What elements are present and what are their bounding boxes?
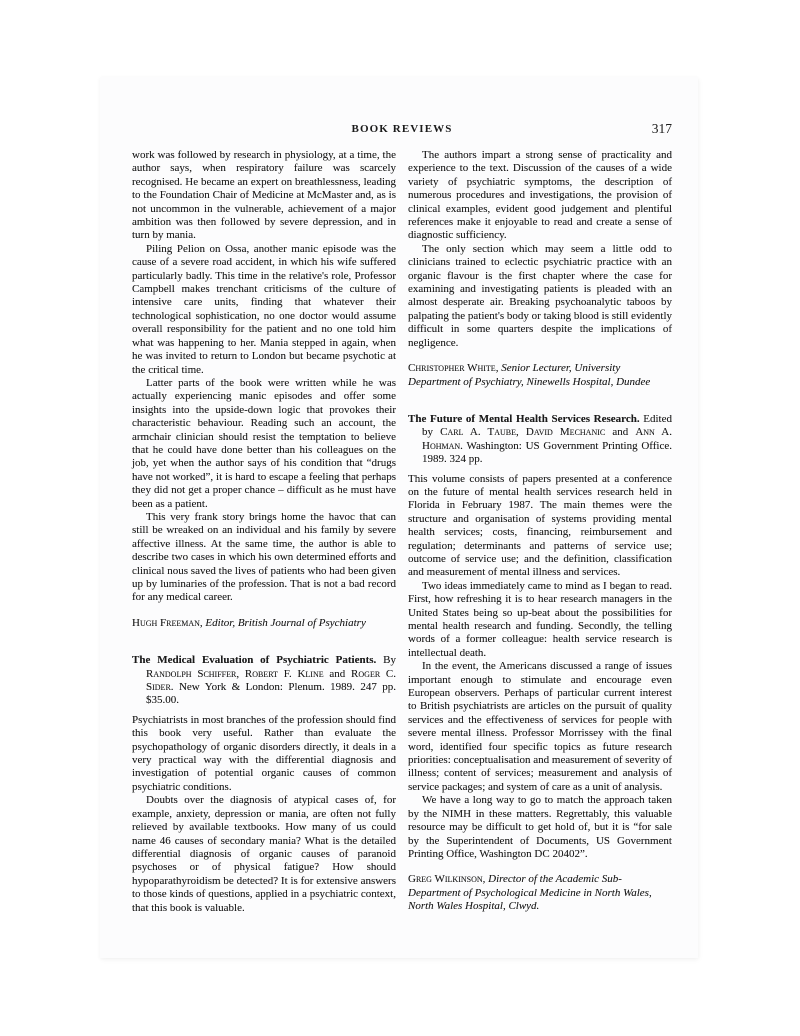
byline: By (376, 654, 396, 666)
publication-details: . Washington: US Government Printing Off… (422, 440, 672, 465)
paragraph: This volume consists of papers presented… (408, 473, 672, 580)
scan-background: BOOK REVIEWS 317 work was followed by re… (0, 0, 800, 1036)
paragraph: Doubts over the diagnosis of atypical ca… (132, 794, 396, 915)
journal-page: BOOK REVIEWS 317 work was followed by re… (100, 77, 698, 958)
reviewer-role: , Editor, British Journal of Psychiatry (200, 617, 366, 629)
paragraph: We have a long way to go to match the ap… (408, 794, 672, 861)
separator: and (324, 668, 351, 680)
paragraph: This very frank story brings home the ha… (132, 511, 396, 605)
column-left: work was followed by research in physiol… (132, 149, 396, 915)
reviewer-name: Greg Wilkinson (408, 873, 483, 885)
paragraph: The only section which may seem a little… (408, 243, 672, 350)
reviewer-name: Hugh Freeman (132, 617, 200, 629)
paragraph: Psychiatrists in most branches of the pr… (132, 714, 396, 794)
column-right: The authors impart a strong sense of pra… (408, 149, 672, 915)
author-name: Robert F. Kline (245, 668, 324, 680)
signature: Hugh Freeman, Editor, British Journal of… (132, 617, 396, 630)
text-columns: work was followed by research in physiol… (132, 149, 672, 915)
separator: and (605, 426, 635, 438)
book-heading: The Medical Evaluation of Psychiatric Pa… (132, 654, 396, 708)
author-name: David Mechanic (526, 426, 605, 438)
signature: Greg Wilkinson, Director of the Academic… (408, 873, 672, 913)
running-head: BOOK REVIEWS 317 (132, 123, 672, 140)
paragraph: work was followed by research in physiol… (132, 149, 396, 243)
paragraph: In the event, the Americans discussed a … (408, 660, 672, 794)
page-content: BOOK REVIEWS 317 work was followed by re… (132, 123, 672, 915)
paragraph: Latter parts of the book were written wh… (132, 377, 396, 511)
separator: , (516, 426, 526, 438)
paragraph: The authors impart a strong sense of pra… (408, 149, 672, 243)
book-title: The Medical Evaluation of Psychiatric Pa… (132, 654, 376, 666)
separator: , (236, 668, 245, 680)
paragraph: Piling Pelion on Ossa, another manic epi… (132, 243, 396, 377)
page-title: BOOK REVIEWS (132, 123, 672, 135)
book-title: The Future of Mental Health Services Res… (408, 413, 640, 425)
page-number: 317 (652, 121, 672, 137)
paragraph: Two ideas immediately came to mind as I … (408, 580, 672, 660)
reviewer-name: Christopher White (408, 362, 496, 374)
publication-details: . New York & London: Plenum. 1989. 247 p… (146, 681, 396, 706)
author-name: Carl A. Taube (440, 426, 516, 438)
author-name: Randolph Schiffer (146, 668, 236, 680)
signature: Christopher White, Senior Lecturer, Univ… (408, 362, 672, 389)
book-heading: The Future of Mental Health Services Res… (408, 413, 672, 467)
